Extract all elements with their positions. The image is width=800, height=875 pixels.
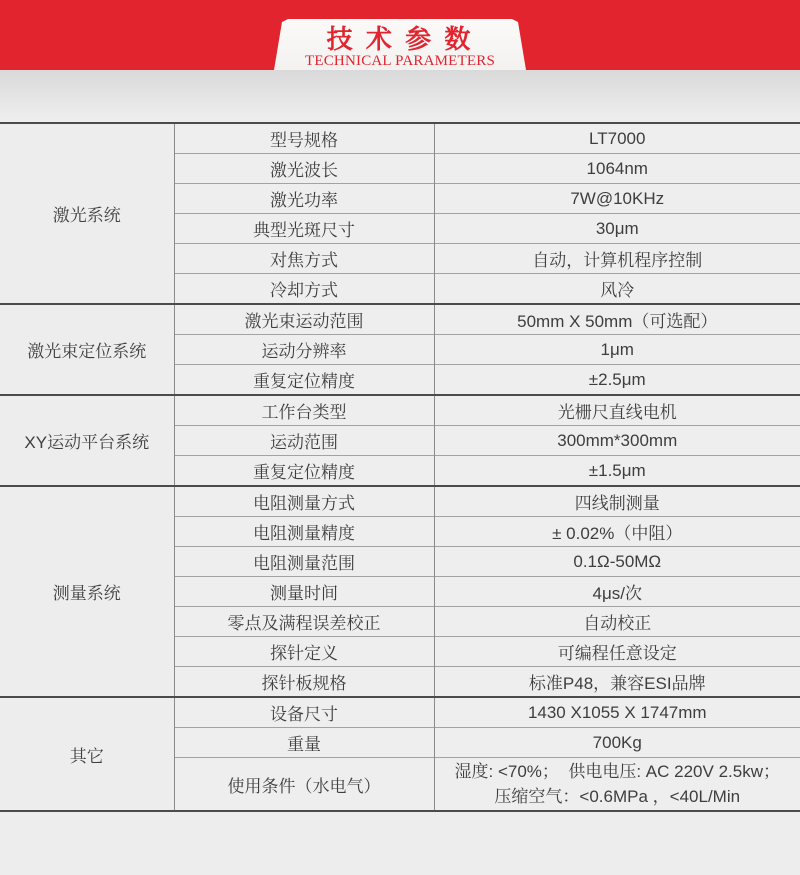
value-cell: 7W@10KHz	[434, 184, 800, 214]
param-cell: 重量	[174, 728, 434, 758]
param-cell: 运动分辨率	[174, 335, 434, 365]
value-cell: 300mm*300mm	[434, 426, 800, 456]
param-cell: 型号规格	[174, 123, 434, 154]
value-cell: 0.1Ω-50MΩ	[434, 547, 800, 577]
param-cell: 重复定位精度	[174, 456, 434, 487]
category-cell: XY运动平台系统	[0, 395, 174, 486]
category-cell: 其它	[0, 697, 174, 811]
category-cell: 激光系统	[0, 123, 174, 304]
value-cell: 4μs/次	[434, 577, 800, 607]
value-cell: 30μm	[434, 214, 800, 244]
param-cell: 探针板规格	[174, 667, 434, 698]
param-cell: 探针定义	[174, 637, 434, 667]
table-row: 激光束定位系统激光束运动范围50mm X 50mm（可选配）	[0, 304, 800, 335]
banner-shadow-strip	[0, 70, 800, 122]
value-cell: 自动，计算机程序控制	[434, 244, 800, 274]
value-cell: 光栅尺直线电机	[434, 395, 800, 426]
param-cell: 重复定位精度	[174, 365, 434, 396]
param-cell: 使用条件（水电气）	[174, 758, 434, 812]
header-red-band: 技 术 参 数 TECHNICAL PARAMETERS	[0, 0, 800, 70]
value-cell: 1μm	[434, 335, 800, 365]
param-cell: 激光束运动范围	[174, 304, 434, 335]
value-line: 湿度: <70%； 供电电压: AC 220V 2.5kw；	[439, 759, 797, 784]
param-cell: 激光波长	[174, 154, 434, 184]
table-row: 激光系统型号规格LT7000	[0, 123, 800, 154]
value-cell: 50mm X 50mm（可选配）	[434, 304, 800, 335]
value-cell: 四线制测量	[434, 486, 800, 517]
param-cell: 工作台类型	[174, 395, 434, 426]
page-title: 技 术 参 数	[274, 25, 526, 53]
table-row: 测量系统电阻测量方式四线制测量	[0, 486, 800, 517]
param-cell: 电阻测量方式	[174, 486, 434, 517]
category-cell: 测量系统	[0, 486, 174, 697]
spec-table-body: 激光系统型号规格LT7000激光波长1064nm激光功率7W@10KHz典型光斑…	[0, 123, 800, 811]
value-cell: 风冷	[434, 274, 800, 305]
category-cell: 激光束定位系统	[0, 304, 174, 395]
param-cell: 对焦方式	[174, 244, 434, 274]
param-cell: 零点及满程误差校正	[174, 607, 434, 637]
value-cell: ±2.5μm	[434, 365, 800, 396]
value-line: 压缩空气：<0.6MPa ，<40L/Min	[439, 784, 797, 809]
table-row: 其它设备尺寸1430 X1055 X 1747mm	[0, 697, 800, 728]
param-cell: 激光功率	[174, 184, 434, 214]
value-cell: 700Kg	[434, 728, 800, 758]
value-cell: LT7000	[434, 123, 800, 154]
param-cell: 测量时间	[174, 577, 434, 607]
value-cell: ± 0.02%（中阻）	[434, 517, 800, 547]
param-cell: 电阻测量范围	[174, 547, 434, 577]
value-cell: 自动校正	[434, 607, 800, 637]
header-ribbon: 技 术 参 数 TECHNICAL PARAMETERS	[274, 19, 526, 70]
spec-table: 激光系统型号规格LT7000激光波长1064nm激光功率7W@10KHz典型光斑…	[0, 122, 800, 812]
value-cell: 1064nm	[434, 154, 800, 184]
value-cell: ±1.5μm	[434, 456, 800, 487]
page-subtitle: TECHNICAL PARAMETERS	[274, 53, 526, 69]
value-cell: 1430 X1055 X 1747mm	[434, 697, 800, 728]
param-cell: 设备尺寸	[174, 697, 434, 728]
param-cell: 冷却方式	[174, 274, 434, 305]
value-cell: 标准P48，兼容ESI品牌	[434, 667, 800, 698]
table-row: XY运动平台系统工作台类型光栅尺直线电机	[0, 395, 800, 426]
param-cell: 电阻测量精度	[174, 517, 434, 547]
value-cell: 可编程任意设定	[434, 637, 800, 667]
param-cell: 典型光斑尺寸	[174, 214, 434, 244]
value-cell: 湿度: <70%； 供电电压: AC 220V 2.5kw；压缩空气：<0.6M…	[434, 758, 800, 812]
param-cell: 运动范围	[174, 426, 434, 456]
